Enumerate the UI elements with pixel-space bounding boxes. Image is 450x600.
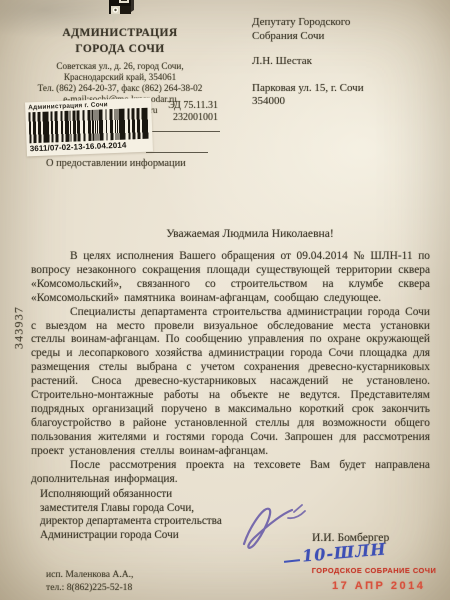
- recipient-block: Депутату Городского Собрания Сочи Л.Н. Ш…: [252, 16, 364, 109]
- address-line: Советская ул., д. 26, город Сочи,: [22, 61, 218, 72]
- org-name-line2: ГОРОДА СОЧИ: [22, 43, 218, 56]
- subject-line: О предоставлении информации: [46, 158, 186, 169]
- blank-date-line: [146, 152, 208, 153]
- blank-number-line: [146, 131, 220, 132]
- incoming-stamp-org: ГОРОДСКОЕ СОБРАНИЕ СОЧИ: [300, 566, 448, 575]
- org-name-line1: АДМИНИСТРАЦИЯ: [22, 27, 218, 40]
- recipient-address1: Парковая ул. 15, г. Сочи: [252, 82, 364, 96]
- executor-phone: тел.: 8(862)225-52-18: [46, 581, 133, 594]
- executor-name: исп. Маленкова А.А.,: [46, 568, 133, 581]
- signer-position-block: Исполняющий обязанности заместителя Глав…: [40, 488, 222, 542]
- registration-barcode-sticker: Администрация г. Сочи 3611/07-02-13-16.0…: [25, 98, 153, 157]
- body-paragraph-1: В целях исполнения Вашего обращения от 0…: [31, 250, 430, 306]
- scanned-letter-page: АДМИНИСТРАЦИЯ ГОРОДА СОЧИ Советская ул.,…: [0, 0, 450, 600]
- incoming-stamp-date: 17 АПР 2014: [332, 580, 425, 592]
- salutation: Уважаемая Людмила Николаевна!: [60, 227, 440, 240]
- body-paragraph-2: Специалисты департамента строительства а…: [31, 306, 430, 459]
- signer-position-line: Администрации города Сочи: [40, 529, 222, 543]
- code-line-1: ЭД 75.11.31: [140, 100, 218, 112]
- address-line: Краснодарский край, 354061: [22, 72, 218, 83]
- recipient-line2: Собрания Сочи: [252, 30, 364, 44]
- ink-dash: [284, 559, 300, 563]
- letter-body: В целях исполнения Вашего обращения от 0…: [31, 250, 430, 486]
- recipient-address2: 354000: [252, 95, 364, 109]
- recipient-line1: Депутату Городского: [252, 16, 364, 30]
- signer-position-line: директор департамента строительства: [40, 515, 222, 529]
- address-line: Тел. (862) 264-20-37, факс (862) 264-38-…: [22, 83, 218, 94]
- signer-position-line: заместителя Главы города Сочи,: [40, 502, 222, 516]
- executor-block: исп. Маленкова А.А., тел.: 8(862)225-52-…: [46, 568, 133, 594]
- barcode-icon: [28, 108, 149, 144]
- body-paragraph-3: После рассмотрения проекта на техсовете …: [31, 459, 430, 487]
- signer-position-line: Исполняющий обязанности: [40, 488, 222, 502]
- recipient-name: Л.Н. Шестак: [252, 55, 364, 69]
- sochi-coat-of-arms-icon: [103, 0, 137, 24]
- margin-registry-number: 343937: [12, 293, 27, 363]
